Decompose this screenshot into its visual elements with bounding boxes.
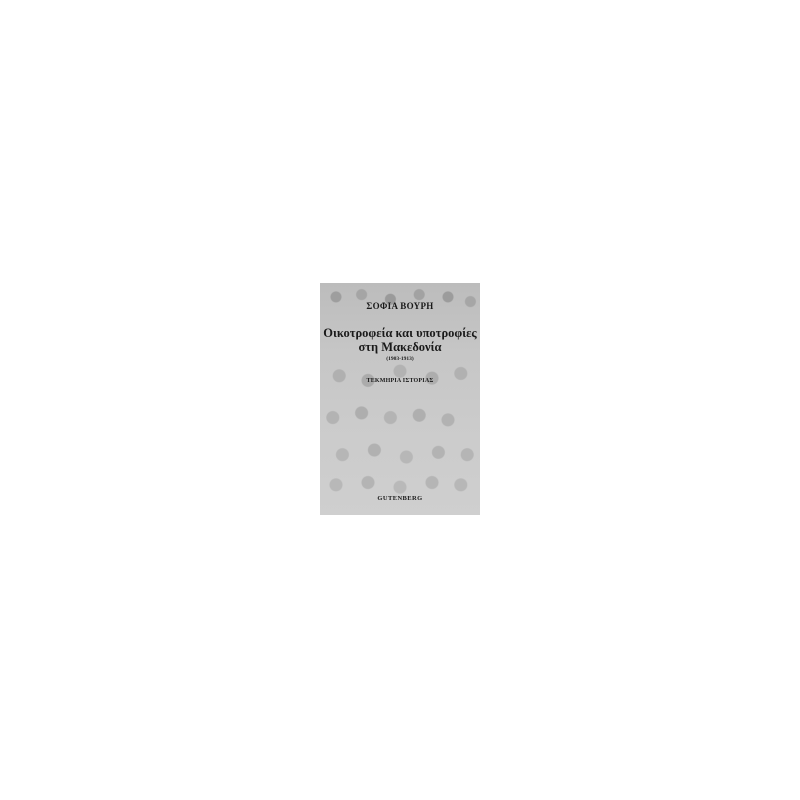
title-line-2: στη Μακεδονία [320, 340, 480, 354]
author-name: ΣΟΦΙΑ ΒΟΥΡΗ [320, 301, 480, 311]
year-range: (1903-1913) [320, 356, 480, 362]
book-title: Οικοτροφεία και υποτροφίες στη Μακεδονία [320, 326, 480, 354]
publisher-name: GUTENBERG [320, 495, 480, 502]
title-line-1: Οικοτροφεία και υποτροφίες [320, 326, 480, 340]
book-cover: ΣΟΦΙΑ ΒΟΥΡΗ Οικοτροφεία και υποτροφίες σ… [320, 283, 480, 515]
series-name: ΤΕΚΜΗΡΙΑ ΙΣΤΟΡΙΑΣ [320, 378, 480, 384]
cover-photo [320, 283, 480, 515]
